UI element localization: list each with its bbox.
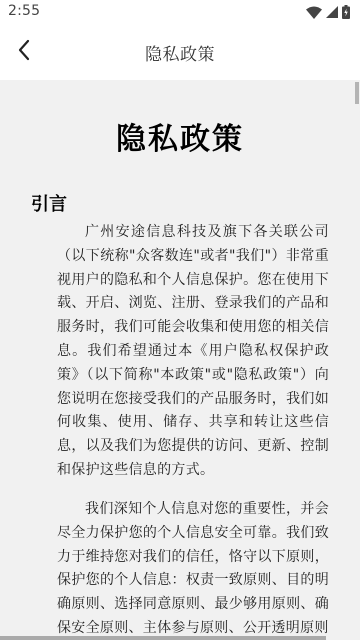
cellular-signal-icon xyxy=(326,6,338,18)
status-icons xyxy=(306,5,350,19)
paragraph-principles: 我们深知个人信息对您的重要性，并会尽全力保护您的个人信息安全可靠。我们致力于维持… xyxy=(57,498,329,640)
battery-charging-icon xyxy=(342,5,350,19)
vertical-scrollbar[interactable] xyxy=(355,82,359,104)
paragraph-text: 我们深知个人信息对您的重要性，并会尽全力保护您的个人信息安全可靠。我们致力于维持… xyxy=(57,498,329,640)
page-title: 隐私政策 xyxy=(0,40,360,65)
paragraph-intro: 广州安途信息科技及旗下各关联公司（以下统称"众客数连"或者"我们"）非常重视用户… xyxy=(57,221,329,483)
status-time: 2:55 xyxy=(8,3,40,19)
policy-webview[interactable]: 隐私政策 引言 广州安途信息科技及旗下各关联公司（以下统称"众客数连"或者"我们… xyxy=(0,80,360,640)
status-bar: 2:55 xyxy=(0,0,360,24)
document-title: 隐私政策 xyxy=(0,114,360,158)
horizontal-scrollbar[interactable] xyxy=(0,636,326,640)
paragraph-text: 广州安途信息科技及旗下各关联公司（以下统称"众客数连"或者"我们"）非常重视用户… xyxy=(57,221,329,483)
wifi-icon xyxy=(306,6,322,19)
section-heading-introduction: 引言 xyxy=(31,190,67,216)
app-bar: 隐私政策 xyxy=(0,24,360,80)
